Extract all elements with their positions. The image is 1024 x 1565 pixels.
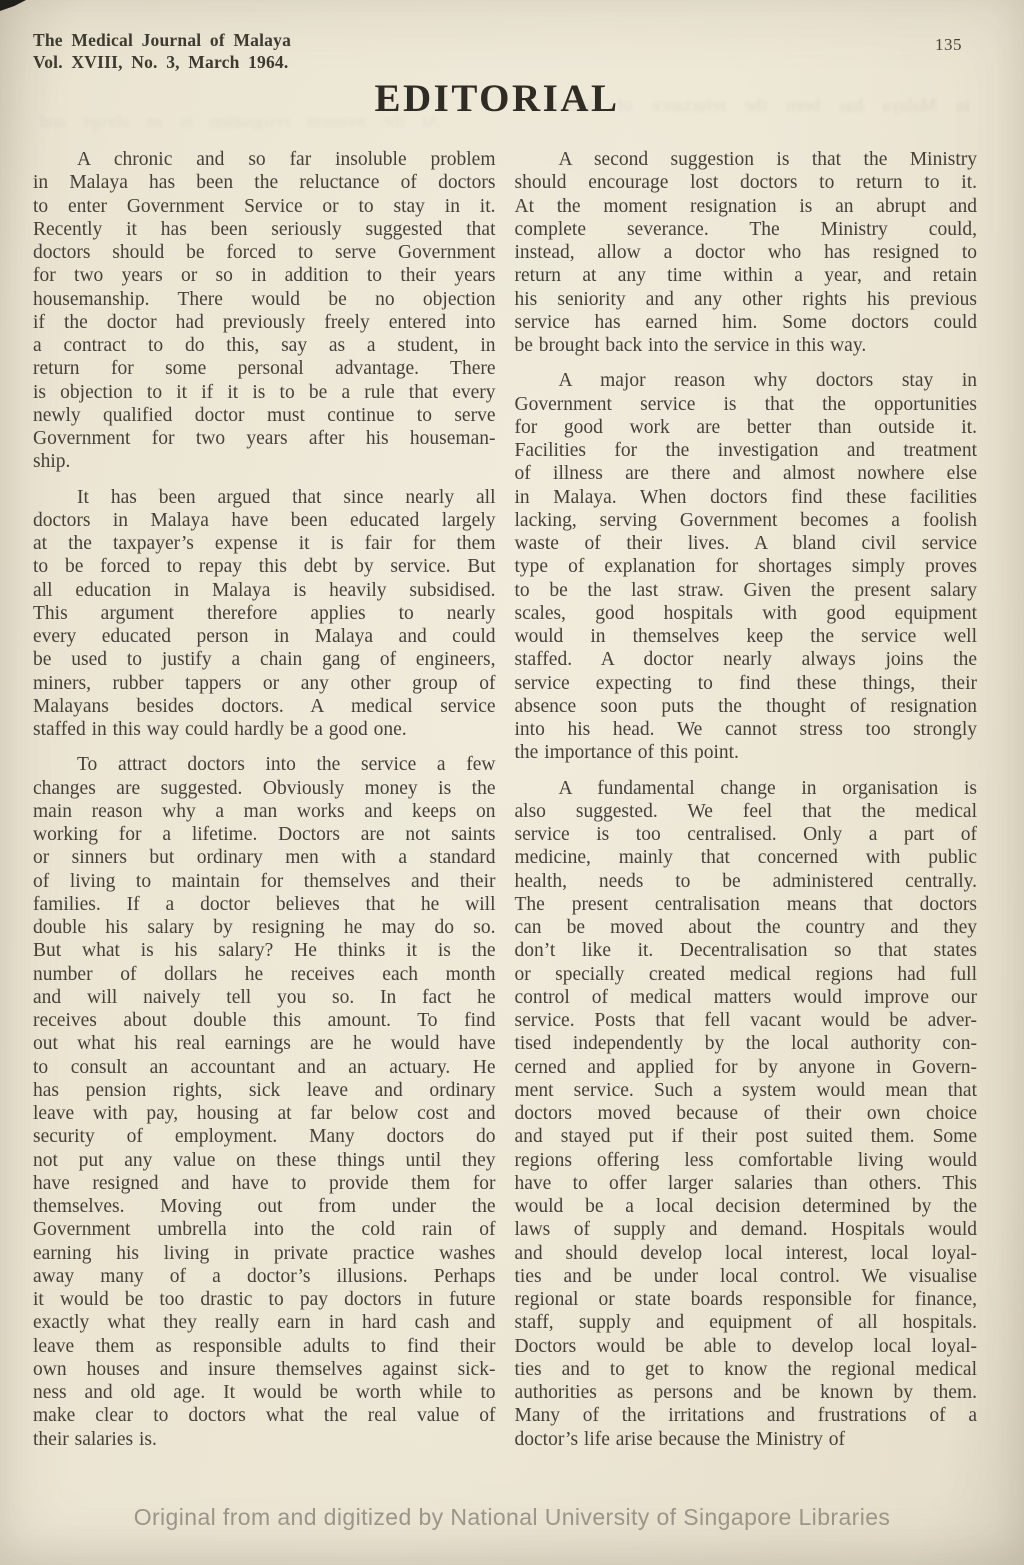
text-line: leave them as responsible adults to find… (33, 1335, 496, 1358)
text-line: if the doctor had previously freely ente… (33, 311, 496, 334)
text-line: To attract doctors into the service a fe… (33, 753, 496, 776)
text-line: ment service. Such a system would mean t… (515, 1079, 978, 1102)
paragraph: It has been argued that since nearly all… (33, 486, 496, 742)
text-line: don’t like it. Decentralisation so that … (515, 939, 978, 962)
page-title: EDITORIAL (0, 79, 994, 119)
text-line: own houses and insure themselves against… (33, 1358, 496, 1381)
text-line: regional or state boards responsible for… (515, 1288, 978, 1311)
text-line: or specially created medical regions had… (515, 963, 978, 986)
text-line: would in themselves keep the service wel… (515, 625, 978, 648)
page-number: 135 (935, 35, 962, 55)
text-line: working for a lifetime. Doctors are not … (33, 823, 496, 846)
text-line: A major reason why doctors stay in (515, 369, 978, 392)
masthead-line-1: The Medical Journal of Malaya (33, 30, 291, 52)
text-line: be brought back into the service in this… (515, 334, 978, 357)
text-line: families. If a doctor believes that he w… (33, 893, 496, 916)
text-line: the importance of this point. (515, 741, 978, 764)
text-line: A chronic and so far insoluble problem (33, 148, 496, 171)
text-line: Malayans besides doctors. A medical serv… (33, 695, 496, 718)
text-line: doctor’s life arise because the Ministry… (515, 1428, 978, 1451)
text-line: The present centralisation means that do… (515, 893, 978, 916)
text-line: have resigned and have to provide them f… (33, 1172, 496, 1195)
text-line: lacking, serving Government becomes a fo… (515, 509, 978, 532)
text-line: double his salary by resigning he may do… (33, 916, 496, 939)
text-line: Government umbrella into the cold rain o… (33, 1218, 496, 1241)
text-line: It has been argued that since nearly all (33, 486, 496, 509)
text-line: health, needs to be administered central… (515, 870, 978, 893)
text-line: earning his living in private practice w… (33, 1242, 496, 1265)
text-line: for good work are better than outside it… (515, 416, 978, 439)
text-line: have to offer larger salaries than other… (515, 1172, 978, 1195)
text-line: ties and to get to know the regional med… (515, 1358, 978, 1381)
text-line: a contract to do this, say as a student,… (33, 334, 496, 357)
text-line: themselves. Moving out from under the (33, 1195, 496, 1218)
text-line: service has earned him. Some doctors cou… (515, 311, 978, 334)
text-line: also suggested. We feel that the medical (515, 800, 978, 823)
digitization-credit: Original from and digitized by National … (0, 1504, 1024, 1531)
text-line: his seniority and any other rights his p… (515, 288, 978, 311)
text-line: Recently it has been seriously suggested… (33, 218, 496, 241)
text-line: housemanship. There would be no objectio… (33, 288, 496, 311)
paragraph: A major reason why doctors stay inGovern… (515, 369, 978, 764)
text-line: at the taxpayer’s expense it is fair for… (33, 532, 496, 555)
text-line: laws of supply and demand. Hospitals wou… (515, 1218, 978, 1241)
text-line: tised independently by the local authori… (515, 1032, 978, 1055)
text-line: return for some personal advantage. Ther… (33, 357, 496, 380)
text-line: every educated person in Malaya and coul… (33, 625, 496, 648)
text-line: doctors should be forced to serve Govern… (33, 241, 496, 264)
text-line: authorities as persons and be known by t… (515, 1381, 978, 1404)
text-line: to be forced to repay this debt by servi… (33, 555, 496, 578)
text-line: At the moment resignation is an abrupt a… (515, 195, 978, 218)
text-line: staff, supply and equipment of all hospi… (515, 1311, 978, 1334)
text-line: staffed. A doctor nearly always joins th… (515, 648, 978, 671)
text-line: all education in Malaya is heavily subsi… (33, 579, 496, 602)
text-line: is objection to it if it is to be a rule… (33, 381, 496, 404)
text-line: medicine, mainly that concerned with pub… (515, 846, 978, 869)
paragraph: To attract doctors into the service a fe… (33, 753, 496, 1451)
paragraph: A fundamental change in organisation isa… (515, 777, 978, 1451)
text-line: for two years or so in addition to their… (33, 264, 496, 287)
text-line: receives about double this amount. To fi… (33, 1009, 496, 1032)
text-line: of illness are there and almost nowhere … (515, 462, 978, 485)
text-line: in Malaya. When doctors find these facil… (515, 486, 978, 509)
scanned-journal-page: in Malaya has been the reluctance of doc… (0, 0, 1024, 1565)
text-line: to be the last straw. Given the present … (515, 579, 978, 602)
text-line: to enter Government Service or to stay i… (33, 195, 496, 218)
text-line: away many of a doctor’s illusions. Perha… (33, 1265, 496, 1288)
text-line: make clear to doctors what the real valu… (33, 1404, 496, 1427)
paragraph: A second suggestion is that the Ministry… (515, 148, 978, 357)
text-line: waste of their lives. A bland civil serv… (515, 532, 978, 555)
right-column: A second suggestion is that the Ministry… (515, 148, 978, 1451)
text-line: to consult an accountant and an actuary.… (33, 1056, 496, 1079)
text-line: of living to maintain for themselves and… (33, 870, 496, 893)
text-line: type of explanation for shortages simply… (515, 555, 978, 578)
text-line: their salaries is. (33, 1428, 496, 1451)
text-line: instead, allow a doctor who has resigned… (515, 241, 978, 264)
text-line: Government service is that the opportuni… (515, 393, 978, 416)
text-line: or sinners but ordinary men with a stand… (33, 846, 496, 869)
text-line: changes are suggested. Obviously money i… (33, 777, 496, 800)
text-line: ness and old age. It would be worth whil… (33, 1381, 496, 1404)
article-body: A chronic and so far insoluble problemin… (33, 148, 977, 1451)
text-line: staffed in this way could hardly be a go… (33, 718, 496, 741)
paragraph: A chronic and so far insoluble problemin… (33, 148, 496, 474)
text-line: can be moved about the country and they (515, 916, 978, 939)
text-line: But what is his salary? He thinks it is … (33, 939, 496, 962)
text-line: exactly what they really earn in hard ca… (33, 1311, 496, 1334)
text-line: service is too centralised. Only a part … (515, 823, 978, 846)
text-line: absence soon puts the thought of resigna… (515, 695, 978, 718)
text-line: it would be too drastic to pay doctors i… (33, 1288, 496, 1311)
text-line: doctors in Malaya have been educated lar… (33, 509, 496, 532)
text-line: cerned and applied for by anyone in Gove… (515, 1056, 978, 1079)
text-line: scales, good hospitals with good equipme… (515, 602, 978, 625)
text-line: Government for two years after his house… (33, 427, 496, 450)
text-line: into his head. We cannot stress too stro… (515, 718, 978, 741)
text-line: Doctors would be able to develop local l… (515, 1335, 978, 1358)
text-line: has pension rights, sick leave and ordin… (33, 1079, 496, 1102)
text-line: doctors moved because of their own choic… (515, 1102, 978, 1125)
journal-masthead: The Medical Journal of Malaya Vol. XVIII… (33, 30, 291, 73)
text-line: not put any value on these things until … (33, 1149, 496, 1172)
text-line: return at any time within a year, and re… (515, 264, 978, 287)
left-column: A chronic and so far insoluble problemin… (33, 148, 496, 1451)
text-line: regions offering less comfortable living… (515, 1149, 978, 1172)
text-line: A second suggestion is that the Ministry (515, 148, 978, 171)
text-line: service expecting to find these things, … (515, 672, 978, 695)
text-line: leave with pay, housing at far below cos… (33, 1102, 496, 1125)
text-line: ties and be under local control. We visu… (515, 1265, 978, 1288)
text-line: newly qualified doctor must continue to … (33, 404, 496, 427)
scan-corner-artifact (0, 0, 26, 11)
text-line: service. Posts that fell vacant would be… (515, 1009, 978, 1032)
text-line: and should develop local interest, local… (515, 1242, 978, 1265)
text-line: would be a local decision determined by … (515, 1195, 978, 1218)
text-line: ship. (33, 450, 496, 473)
text-line: miners, rubber tappers or any other grou… (33, 672, 496, 695)
text-line: Facilities for the investigation and tre… (515, 439, 978, 462)
text-line: number of dollars he receives each month (33, 963, 496, 986)
text-line: and stayed put if their post suited them… (515, 1125, 978, 1148)
text-line: A fundamental change in organisation is (515, 777, 978, 800)
text-line: out what his real earnings are he would … (33, 1032, 496, 1055)
text-line: and will naively tell you so. In fact he (33, 986, 496, 1009)
text-line: security of employment. Many doctors do (33, 1125, 496, 1148)
masthead-line-2: Vol. XVIII, No. 3, March 1964. (33, 52, 291, 74)
text-line: control of medical matters would improve… (515, 986, 978, 1009)
text-line: in Malaya has been the reluctance of doc… (33, 171, 496, 194)
text-line: be used to justify a chain gang of engin… (33, 648, 496, 671)
text-line: This argument therefore applies to nearl… (33, 602, 496, 625)
text-line: Many of the irritations and frustrations… (515, 1404, 978, 1427)
text-line: should encourage lost doctors to return … (515, 171, 978, 194)
text-line: complete severance. The Ministry could, (515, 218, 978, 241)
text-line: main reason why a man works and keeps on (33, 800, 496, 823)
